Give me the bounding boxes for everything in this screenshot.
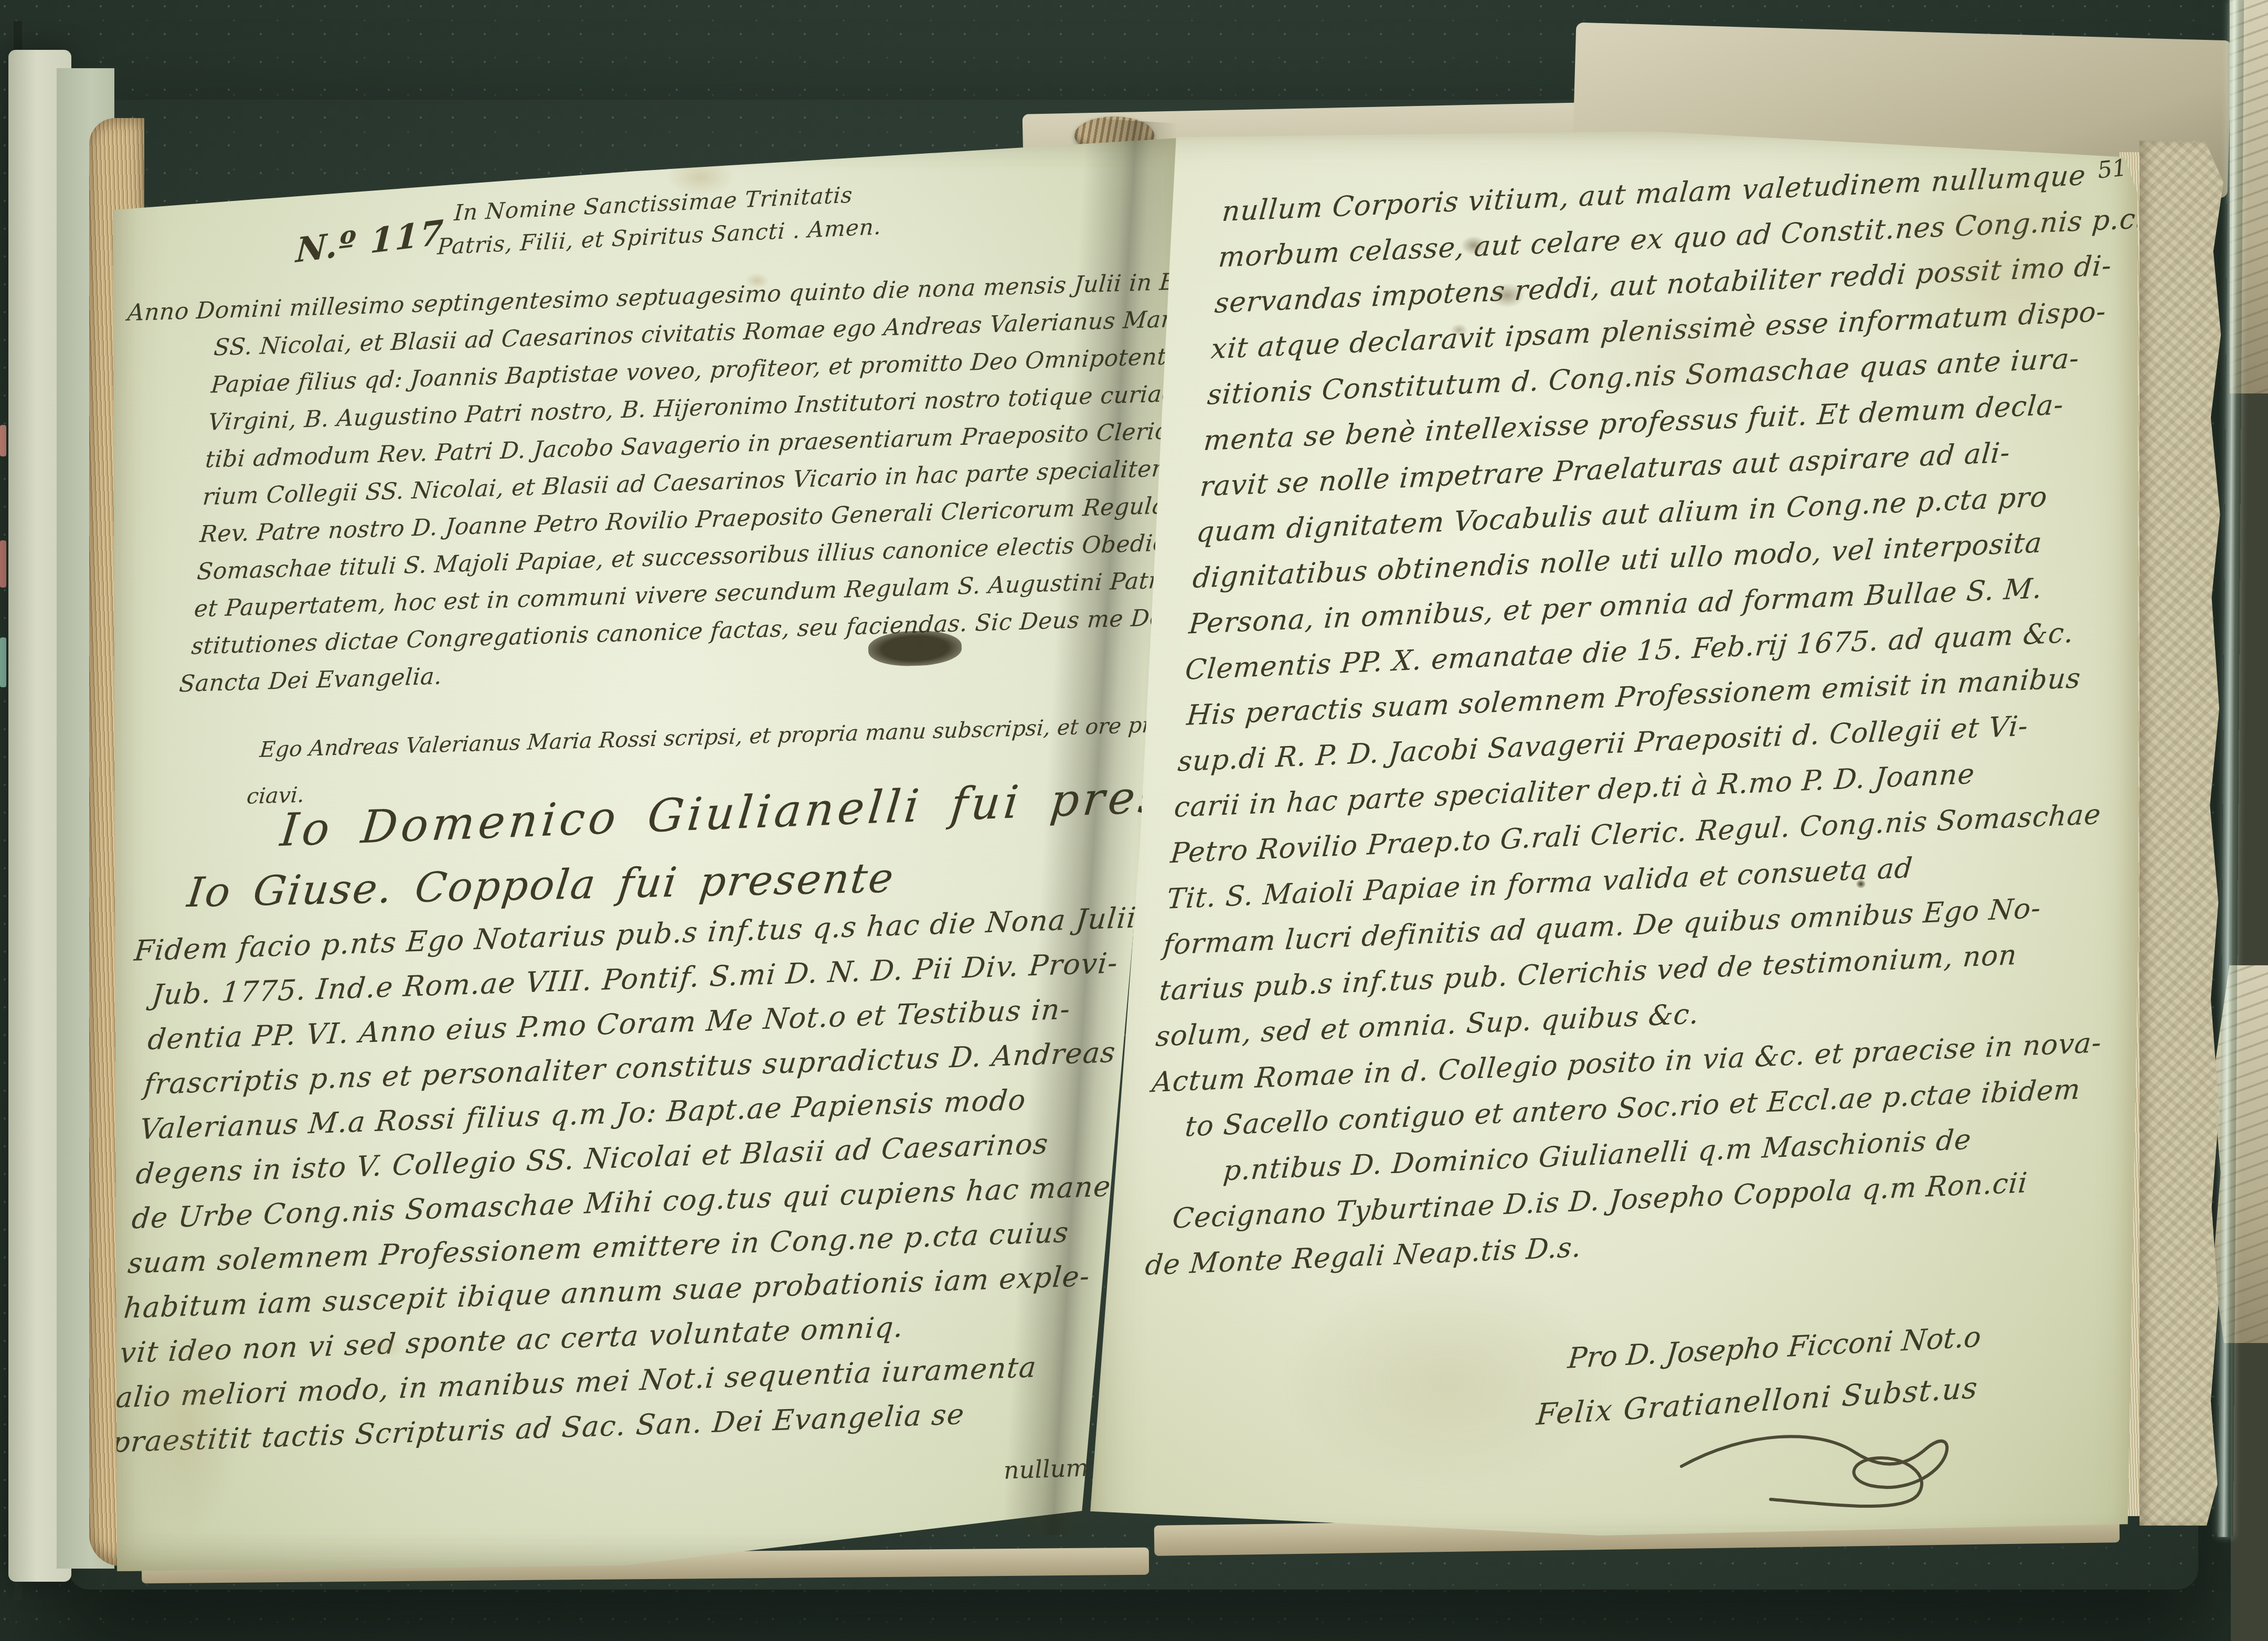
bleed-through-ghost xyxy=(1280,1272,1616,1493)
photograph-of-open-manuscript-book: 50 N.º 117 In Nomine Sanctissimae Trinit… xyxy=(0,0,2268,1641)
edge-yellowing xyxy=(134,1314,239,1535)
fox-stain xyxy=(365,1335,407,1359)
left-edge-reflection-green xyxy=(0,637,6,687)
edge-yellowing xyxy=(1894,160,2114,349)
signature-flourish xyxy=(1676,1416,1960,1511)
right-page: 51 nullum Corporis vitium, aut malam val… xyxy=(1081,129,2141,1555)
invocation-heading: In Nomine Sanctissimae Trinitatis Patris… xyxy=(451,180,884,259)
notary-signature-line-1: Pro D. Josepho Ficconi Not.o xyxy=(1567,1320,1983,1375)
entry-number: N.º 117 xyxy=(295,212,445,271)
right-deckle-parchment-edge xyxy=(2139,141,2223,1526)
witness-signature-coppola: Io Giuse. Coppola fui presente xyxy=(185,855,897,917)
left-edge-reflection-pink xyxy=(0,425,6,456)
left-edge-reflection-red xyxy=(0,540,6,588)
fox-stain xyxy=(745,273,769,289)
dark-stain xyxy=(1490,283,1525,307)
ink-fleck xyxy=(1856,880,1866,888)
dark-stain xyxy=(1461,236,1486,255)
bleed-through-ghost xyxy=(1553,286,1815,422)
dark-stain xyxy=(1451,324,1467,336)
